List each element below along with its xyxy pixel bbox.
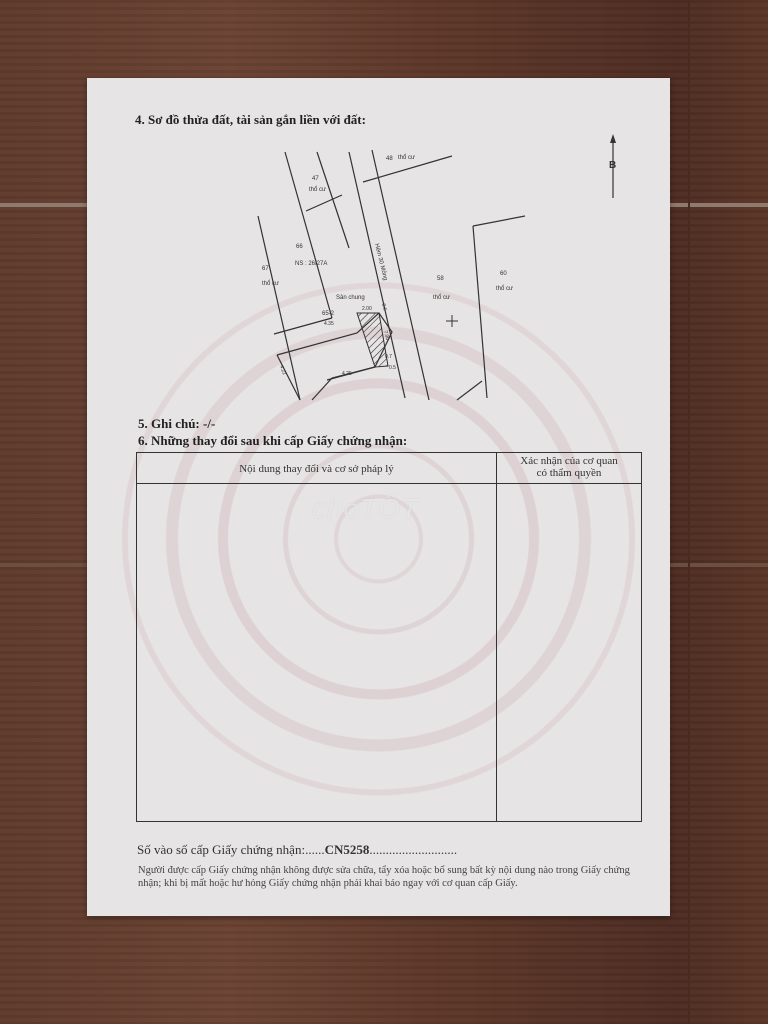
svg-text:60: 60 [500, 271, 507, 277]
svg-text:66: 66 [296, 244, 303, 250]
section-6-title: 6. Những thay đổi sau khi cấp Giấy chứng… [138, 433, 407, 449]
svg-text:0.7: 0.7 [385, 354, 392, 360]
svg-text:thổ cư: thổ cư [433, 294, 450, 301]
column-header-confirmation: Xác nhận của cơ quan có thẩm quyền [497, 455, 641, 479]
registry-label: Số vào số cấp Giấy chứng nhận: [137, 842, 305, 857]
svg-text:67: 67 [262, 266, 269, 272]
svg-text:0.5: 0.5 [389, 365, 396, 371]
land-parcel-sketch: B 47 thổ cư 48 thổ cư 66 NS : 26/27A 67 … [87, 78, 670, 408]
registry-dots-trailing: ........................... [369, 842, 457, 857]
svg-text:thổ cư: thổ cư [262, 280, 279, 287]
section-5-notes: 5. Ghi chú: -/- [138, 416, 215, 432]
svg-text:65-2: 65-2 [322, 311, 335, 317]
svg-text:4.22: 4.22 [278, 365, 287, 376]
svg-text:Sân chung: Sân chung [336, 295, 365, 301]
column-header-content: Nội dung thay đổi và cơ sở pháp lý [137, 463, 496, 475]
svg-text:2.00: 2.00 [362, 306, 372, 312]
certificate-page: 4. Sơ đồ thửa đất, tài sản gắn liền với … [87, 78, 670, 916]
svg-text:48: 48 [386, 156, 393, 162]
svg-text:Hẻm 30 Mông: Hẻm 30 Mông [373, 243, 388, 281]
svg-text:thổ cư: thổ cư [496, 285, 513, 292]
north-arrow-icon [610, 134, 616, 143]
svg-text:thổ cư: thổ cư [309, 186, 326, 193]
svg-text:4.35: 4.35 [324, 321, 334, 327]
north-label: B [609, 160, 616, 171]
confirm-header-line-2: có thẩm quyền [497, 467, 641, 479]
registry-code: CN5258 [325, 842, 370, 857]
header-divider [137, 483, 641, 484]
column-divider [496, 453, 497, 821]
svg-text:47: 47 [312, 176, 319, 182]
svg-text:58: 58 [437, 276, 444, 282]
chotot-watermark: choTỐT [312, 493, 419, 525]
legal-notice: Người được cấp Giấy chứng nhận không đượ… [138, 864, 648, 890]
svg-text:NS : 26/27A: NS : 26/27A [295, 261, 327, 267]
registry-dots-leading: ...... [305, 842, 325, 857]
svg-text:thổ cư: thổ cư [398, 154, 415, 161]
svg-text:0.6: 0.6 [380, 303, 388, 311]
registry-number-line: Số vào số cấp Giấy chứng nhận:......CN52… [137, 842, 457, 858]
shared-yard-hatch [357, 313, 388, 367]
floor-plank-seam [688, 0, 690, 1024]
svg-text:4.25: 4.25 [342, 371, 352, 377]
confirm-header-line-1: Xác nhận của cơ quan [497, 455, 641, 467]
